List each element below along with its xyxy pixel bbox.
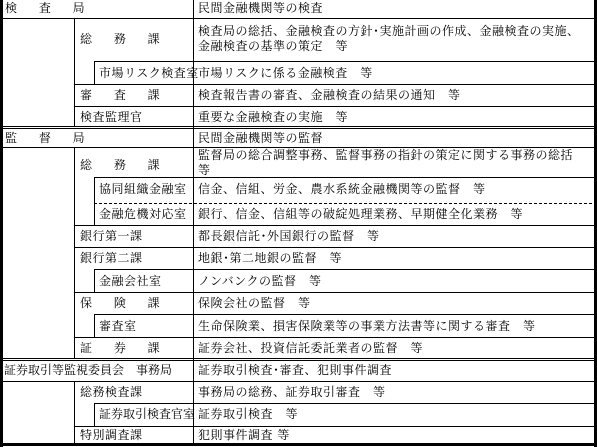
unit-inspection-supervisor: 検査監理官 [80,110,143,125]
unit-securities-division: 証 券 課 [80,341,169,356]
unit-special-investigation: 特別調査課 [80,428,143,443]
unit-bank-division-1-duty: 都長銀信託･外国銀行の監督 等 [198,229,380,244]
section-inspection-bureau: 検 査 局 [5,1,94,16]
section-supervisory-bureau: 監 督 局 [5,131,94,146]
sub-review-office-duty: 生命保険業、損害保険業等の事業方法書等に関する審査 等 [198,319,536,334]
row-divider [0,18,597,19]
row-divider [94,403,597,404]
row-divider [74,426,597,427]
sub-column-line [94,61,95,84]
unit-review-division: 審 査 課 [80,88,169,103]
section-sesc-secretariat: 証券取引等監視委員会 事務局 [4,363,172,378]
unit-general-affairs-inspection-sesc: 総務検査課 [80,385,143,400]
sub-column-line [94,403,95,426]
table-border-left [0,0,3,447]
section-supervisory-bureau-duty: 民間金融機関等の監督 [198,131,323,146]
sub-market-risk-office: 市場リスク検査室 [99,66,199,81]
section-sesc-secretariat-duty: 証券取引検査･審査、犯則事件調査 [198,363,392,378]
sub-cooperative-finance-office-duty: 信金、信組、労金、農水系統金融機関等の監督 等 [198,182,486,197]
sub-securities-inspector-office-duty: 証券取引検査 等 [198,407,298,422]
table-border-bottom [0,443,597,446]
row-divider [74,225,597,226]
sub-finance-company-office: 金融会社室 [99,274,162,289]
sub-securities-inspector-office: 証券取引検査官室 [99,407,195,422]
section-divider [0,128,597,129]
unit-column-line [74,147,75,359]
unit-general-affairs-inspection: 総 務 課 [80,32,169,47]
row-divider [94,177,597,178]
row-divider [0,381,597,382]
unit-bank-division-1: 銀行第一課 [80,229,143,244]
row-divider [74,106,597,107]
unit-insurance-division: 保 険 課 [80,296,169,311]
unit-bank-division-2: 銀行第二課 [80,251,143,266]
section-divider [0,126,597,127]
unit-review-division-duty: 検査報告書の審査、金融検査の結果の通知 等 [198,88,461,103]
unit-general-affairs-supervisory-duty: 監督局の総合調整事務、監督事務の指針の策定に関する事務の総括 等 [198,148,588,178]
unit-insurance-division-duty: 保険会社の監督 等 [198,296,311,311]
sub-cooperative-finance-office: 協同組織金融室 [99,182,187,197]
section-inspection-bureau-duty: 民間金融機関等の検査 [198,1,323,16]
sub-review-office: 審査室 [99,319,137,334]
unit-column-line [74,381,75,444]
unit-bank-division-2-duty: 地銀･第二地銀の監督 等 [198,251,342,266]
sub-market-risk-office-duty: 市場リスクに係る金融検査 等 [198,66,373,81]
unit-general-affairs-supervisory: 総 務 課 [80,158,169,173]
sub-finance-company-office-duty: ノンバンクの監督 等 [198,274,321,289]
row-divider [94,314,597,315]
row-divider [94,269,597,270]
section-divider [0,358,597,359]
row-divider [74,247,597,248]
sub-column-line [94,177,95,225]
unit-general-affairs-inspection-duty: 検査局の総括、金融検査の方針･実施計画の作成、金融検査の実施、金融検査の基準の策… [198,24,588,54]
organization-table: 検 査 局 民間金融機関等の検査 総 務 課 検査局の総括、金融検査の方針･実施… [0,0,597,447]
unit-inspection-supervisor-duty: 重要な金融検査の実施 等 [198,110,348,125]
sub-financial-crisis-office-duty: 銀行、信金、信組等の破綻処理業務、早期健全化業務 等 [198,207,523,222]
row-divider [74,84,597,85]
sub-column-line [94,269,95,292]
unit-special-investigation-duty: 犯則事件調査 等 [198,428,290,443]
sub-column-line [94,314,95,337]
row-divider [74,337,597,338]
section-divider [0,360,597,361]
sub-financial-crisis-office: 金融危機対応室 [99,207,187,222]
row-divider [94,61,597,62]
unit-general-affairs-inspection-sesc-duty: 事務局の総務、証券取引審査 等 [198,385,386,400]
dashed-row-divider [94,203,597,204]
row-divider [74,292,597,293]
unit-column-line [74,18,75,127]
unit-securities-division-duty: 証券会社、投資信託委託業者の監督 等 [198,341,423,356]
